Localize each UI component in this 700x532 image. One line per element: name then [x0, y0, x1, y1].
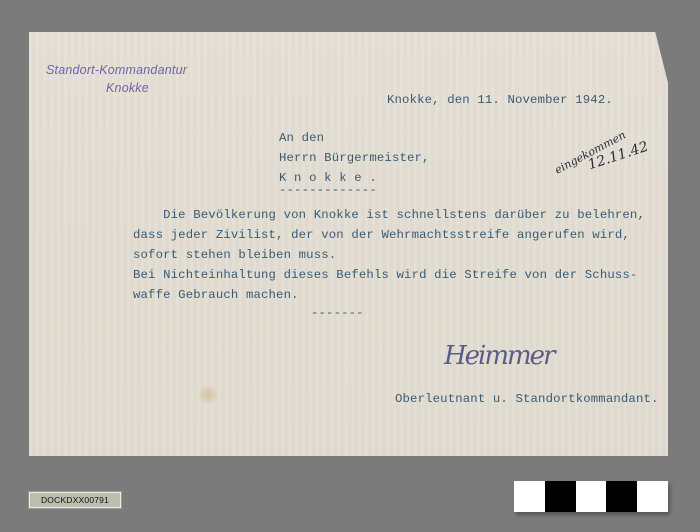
body-line2: dass jeder Zivilist, der von der Wehrmac…	[133, 228, 630, 242]
recipient-line2: Herrn Bürgermeister,	[279, 151, 430, 165]
letterhead-stamp-line2: Knokke	[106, 81, 149, 95]
body-line3: sofort stehen bleiben muss.	[133, 248, 336, 262]
archive-reference-label: DOCKDXX00791	[29, 492, 121, 508]
calibration-swatch-2	[545, 481, 576, 512]
calibration-swatch-1	[514, 481, 545, 512]
body-line1: Die Bevölkerung von Knokke ist schnellst…	[133, 208, 645, 222]
calibration-swatch-4	[606, 481, 637, 512]
recipient-underline: -------------	[279, 183, 377, 197]
letter-document: Standort-Kommandantur Knokke Knokke, den…	[29, 32, 668, 456]
color-calibration-bar	[514, 481, 668, 512]
calibration-swatch-5	[637, 481, 668, 512]
body-separator: -------	[311, 306, 364, 320]
calibration-swatch-3	[576, 481, 607, 512]
paper-stain	[199, 387, 217, 403]
signature-title: Oberleutnant u. Standortkommandant.	[395, 392, 659, 406]
signature: Heimmer	[444, 341, 554, 371]
letterhead-stamp-line1: Standort-Kommandantur	[46, 63, 187, 77]
fold-crease	[347, 32, 349, 456]
recipient-line1: An den	[279, 131, 324, 145]
date-line: Knokke, den 11. November 1942.	[387, 93, 613, 107]
body-line4: Bei Nichteinhaltung dieses Befehls wird …	[133, 268, 637, 282]
body-line5: waffe Gebrauch machen.	[133, 288, 299, 302]
